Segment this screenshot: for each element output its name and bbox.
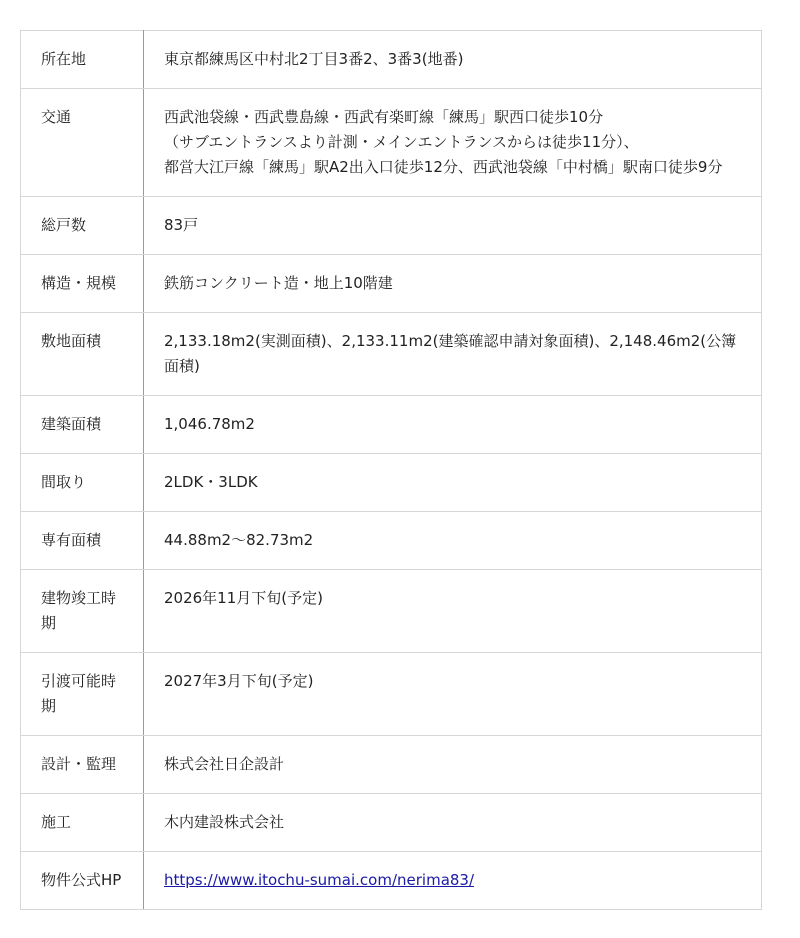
- row-label: 所在地: [21, 31, 144, 89]
- row-value: 東京都練馬区中村北2丁目3番2、3番3(地番): [144, 31, 762, 89]
- row-value: 株式会社日企設計: [144, 736, 762, 794]
- table-row: 間取り 2LDK・3LDK: [21, 454, 762, 512]
- row-value: 1,046.78m2: [144, 396, 762, 454]
- table-row: 設計・監理 株式会社日企設計: [21, 736, 762, 794]
- row-value: 2LDK・3LDK: [144, 454, 762, 512]
- row-label: 専有面積: [21, 512, 144, 570]
- table-row: 構造・規模 鉄筋コンクリート造・地上10階建: [21, 255, 762, 313]
- table-row: 施工 木内建設株式会社: [21, 794, 762, 852]
- row-label: 間取り: [21, 454, 144, 512]
- row-value: https://www.itochu-sumai.com/nerima83/: [144, 852, 762, 910]
- table-row: 所在地 東京都練馬区中村北2丁目3番2、3番3(地番): [21, 31, 762, 89]
- row-value: 2,133.18m2(実測面積)、2,133.11m2(建築確認申請対象面積)、…: [144, 313, 762, 396]
- property-info-table: 所在地 東京都練馬区中村北2丁目3番2、3番3(地番) 交通 西武池袋線・西武豊…: [20, 30, 762, 910]
- row-value: 83戸: [144, 197, 762, 255]
- table-row: 総戸数 83戸: [21, 197, 762, 255]
- row-label: 構造・規模: [21, 255, 144, 313]
- table-row: 専有面積 44.88m2～82.73m2: [21, 512, 762, 570]
- value-line: 西武池袋線・西武豊島線・西武有楽町線「練馬」駅西口徒歩10分: [164, 105, 741, 130]
- row-label: 設計・監理: [21, 736, 144, 794]
- table-row: 交通 西武池袋線・西武豊島線・西武有楽町線「練馬」駅西口徒歩10分 （サブエント…: [21, 89, 762, 197]
- official-site-link[interactable]: https://www.itochu-sumai.com/nerima83/: [164, 871, 474, 889]
- row-label: 敷地面積: [21, 313, 144, 396]
- row-label: 施工: [21, 794, 144, 852]
- row-label: 総戸数: [21, 197, 144, 255]
- table-row: 建物竣工時期 2026年11月下旬(予定): [21, 570, 762, 653]
- row-value: 2027年3月下旬(予定): [144, 653, 762, 736]
- row-label: 物件公式HP: [21, 852, 144, 910]
- table-row: 物件公式HP https://www.itochu-sumai.com/neri…: [21, 852, 762, 910]
- row-label: 交通: [21, 89, 144, 197]
- row-value: 木内建設株式会社: [144, 794, 762, 852]
- property-info: 所在地 東京都練馬区中村北2丁目3番2、3番3(地番) 交通 西武池袋線・西武豊…: [20, 30, 762, 910]
- row-value: 西武池袋線・西武豊島線・西武有楽町線「練馬」駅西口徒歩10分 （サブエントランス…: [144, 89, 762, 197]
- row-value: 2026年11月下旬(予定): [144, 570, 762, 653]
- row-value: 鉄筋コンクリート造・地上10階建: [144, 255, 762, 313]
- row-value: 44.88m2～82.73m2: [144, 512, 762, 570]
- row-label: 建築面積: [21, 396, 144, 454]
- value-line: 都営大江戸線「練馬」駅A2出入口徒歩12分、西武池袋線「中村橋」駅南口徒歩9分: [164, 155, 741, 180]
- row-label: 引渡可能時期: [21, 653, 144, 736]
- value-line: （サブエントランスより計測・メインエントランスからは徒歩11分）、: [164, 130, 741, 155]
- table-row: 敷地面積 2,133.18m2(実測面積)、2,133.11m2(建築確認申請対…: [21, 313, 762, 396]
- table-row: 引渡可能時期 2027年3月下旬(予定): [21, 653, 762, 736]
- table-row: 建築面積 1,046.78m2: [21, 396, 762, 454]
- row-label: 建物竣工時期: [21, 570, 144, 653]
